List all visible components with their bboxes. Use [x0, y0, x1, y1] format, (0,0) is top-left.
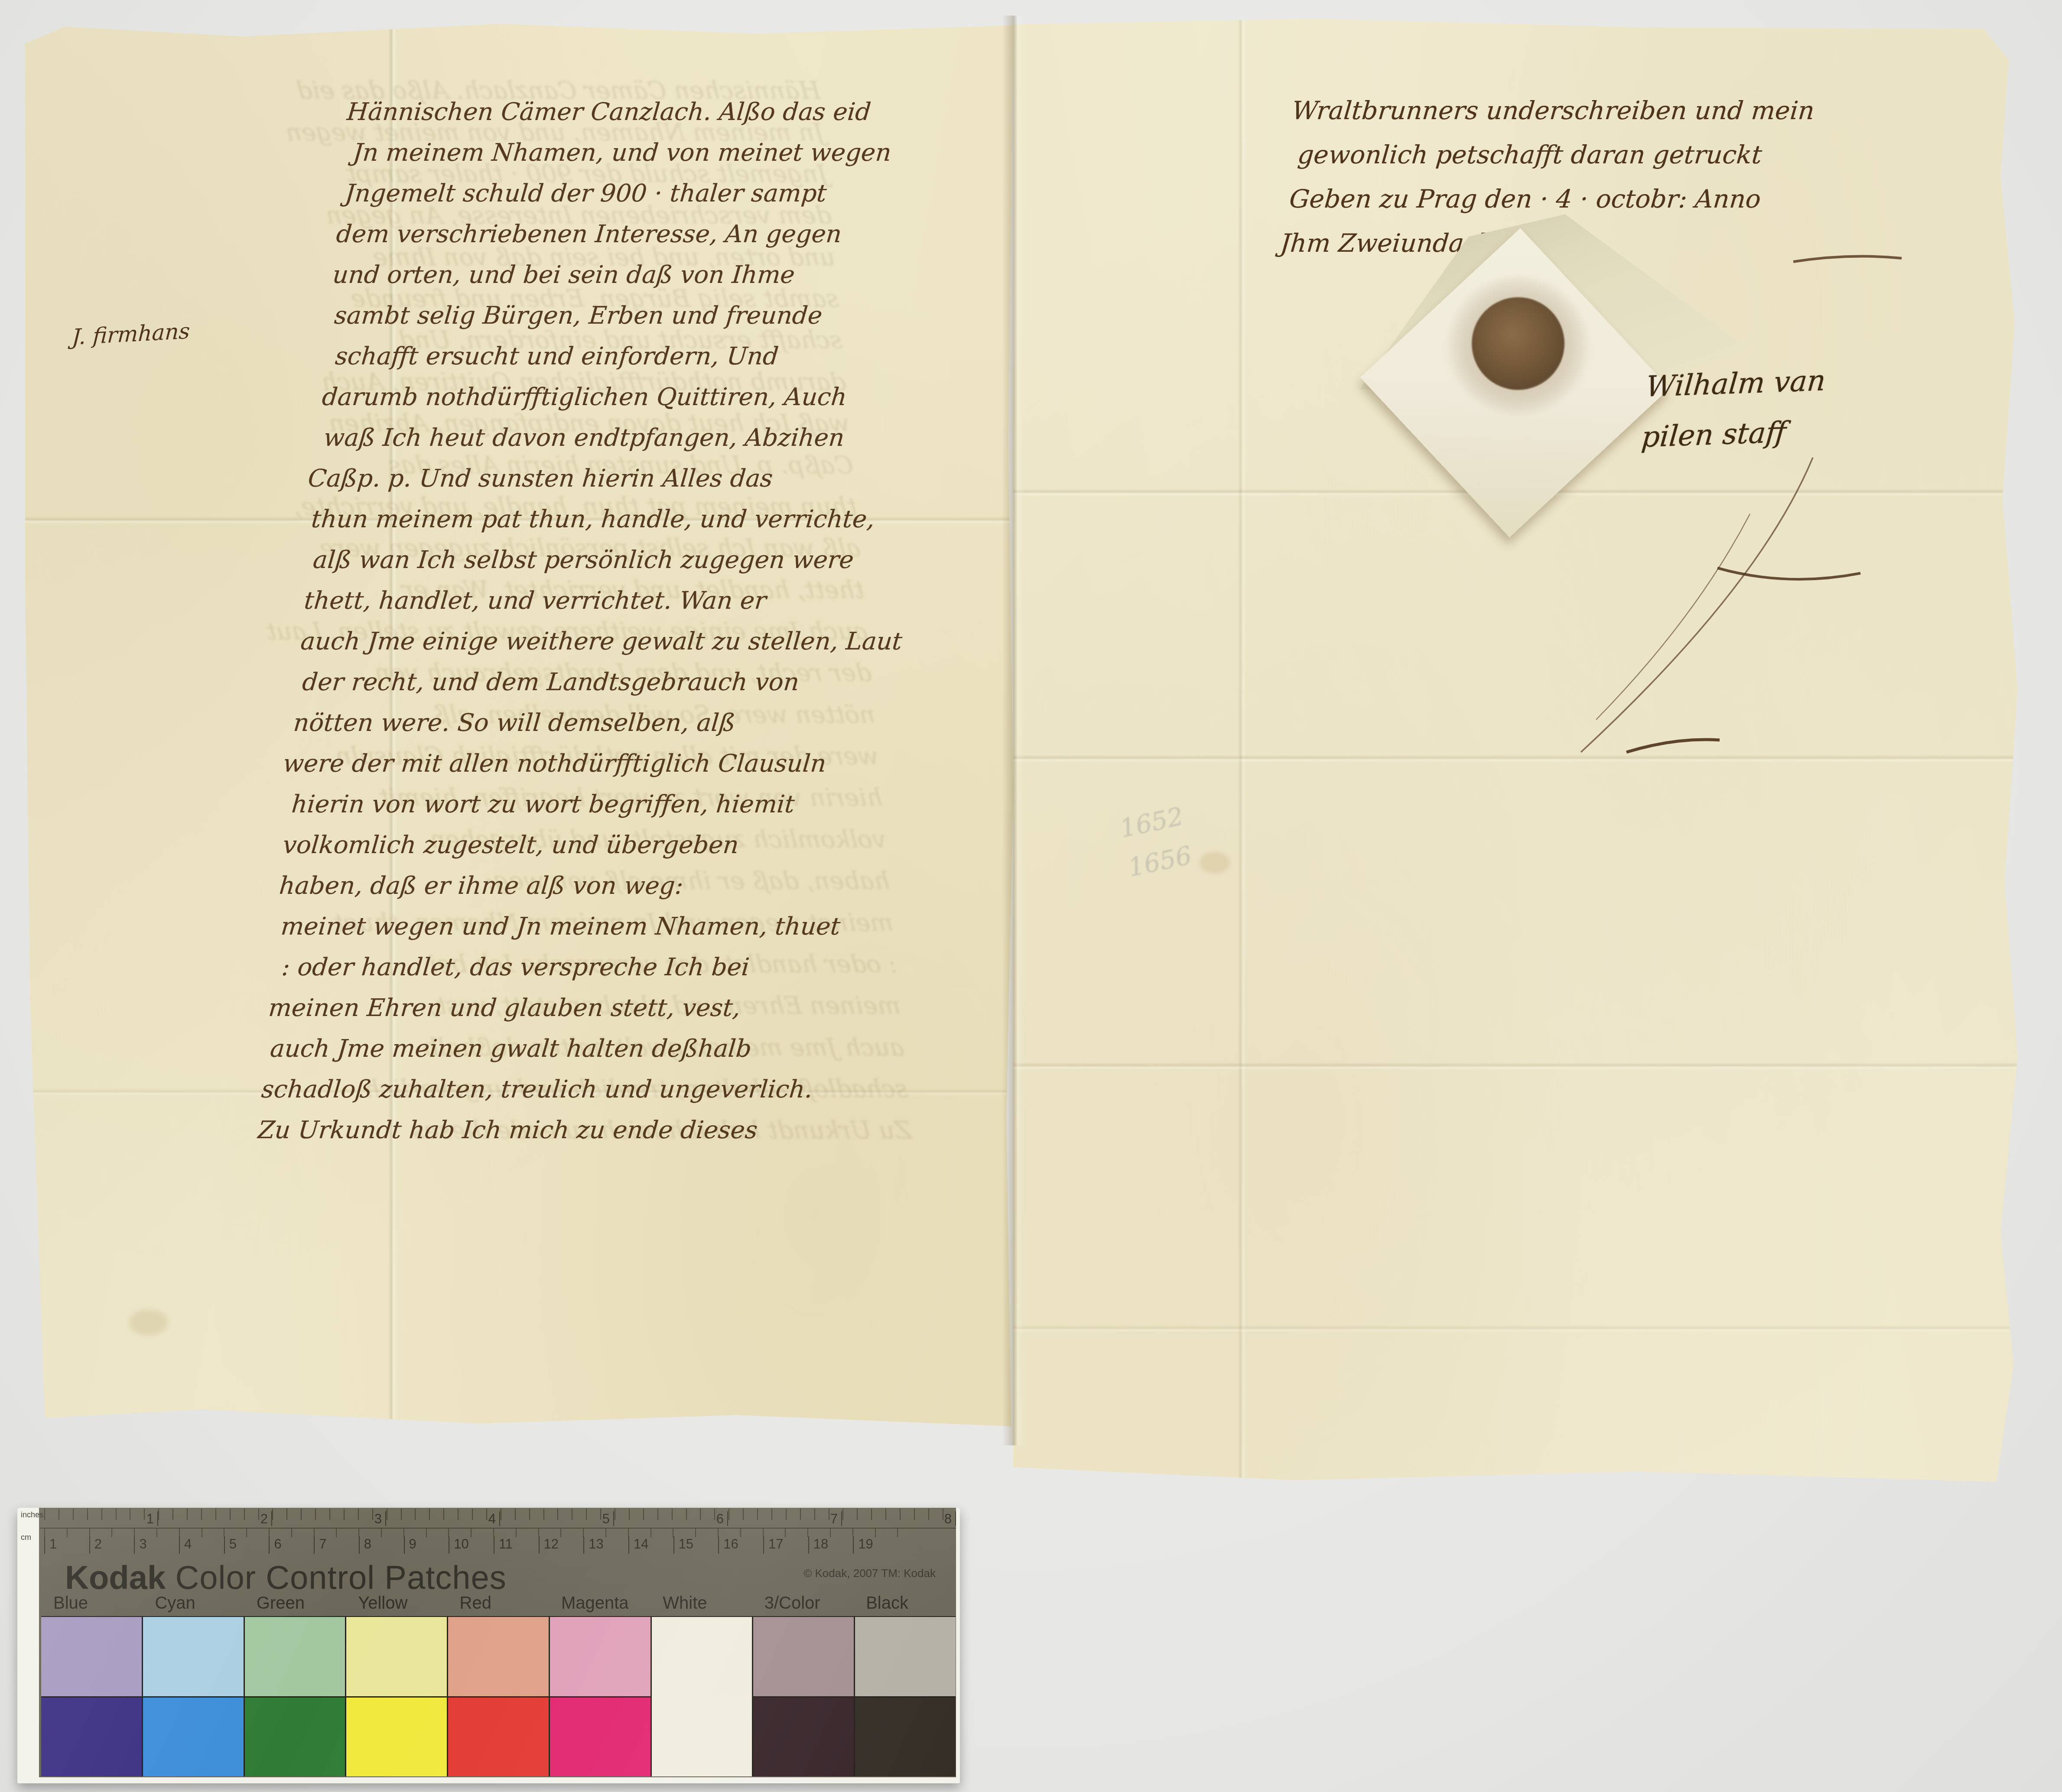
card-margin [17, 1777, 960, 1783]
color-patch-column [41, 1617, 143, 1776]
manuscript-line: und orten, und bei sein daß von Ihme [331, 255, 1045, 295]
card-margin [956, 1508, 960, 1783]
margin-note: J. firmhans [72, 318, 191, 350]
manuscript-line: sambt selig Bürgen, Erben und freunde [333, 295, 1042, 336]
fold-crease [1013, 755, 2019, 763]
signature-line: pilen staff [1639, 406, 1823, 463]
color-patch-column [753, 1617, 855, 1776]
color-patch-solid [550, 1698, 650, 1776]
ruler-inch-number: 5 [500, 1511, 614, 1526]
patch-label-row: BlueCyanGreenYellowRedMagentaWhite3/Colo… [41, 1594, 956, 1613]
ruler-cm-number: 16 [718, 1536, 763, 1554]
manuscript-line: schadloß zuhalten, treulich und ungeverl… [260, 1069, 974, 1110]
color-patch-tint [346, 1617, 447, 1698]
signature: Wilhalm vanpilen staff [1639, 355, 1828, 462]
closing-text-block: Wraltbrunners underschreiben und meingew… [1278, 88, 2022, 265]
patch-label: Green [244, 1594, 346, 1613]
patch-label: White [650, 1594, 752, 1613]
color-patch-column [550, 1617, 652, 1776]
manuscript-line: darumb nothdürfftiglichen Quittiren, Auc… [320, 377, 1034, 418]
ruler-cm-number: 2 [89, 1536, 134, 1554]
manuscript-line: Wraltbrunners underschreiben und mein [1290, 88, 2022, 133]
ruler-cm-unit: cm [21, 1533, 31, 1542]
ruler-inch-number: 6 [614, 1511, 728, 1526]
color-patch-tint [753, 1617, 854, 1698]
ruler-inch-number: 2 [158, 1511, 272, 1526]
patch-label: Cyan [143, 1594, 244, 1613]
manuscript-line: thett, handlet, und verrichtet. Wan er [302, 581, 1017, 621]
color-patch-solid [652, 1698, 752, 1776]
manuscript-line: gewonlich petschafft daran getruckt [1296, 133, 2018, 177]
ruler-inches-unit: inches [21, 1510, 43, 1519]
card-margin [17, 1508, 39, 1783]
manuscript-line: der recht, und dem Landtsgebrauch von [301, 662, 1010, 703]
manuscript-line: Caßp. p. Und sunsten hierin Alles das [306, 458, 1028, 499]
patch-grid [41, 1616, 956, 1776]
manuscript-line: meinen Ehren und glauben stett, vest, [267, 988, 981, 1029]
color-patch-solid [41, 1698, 142, 1776]
ruler-cm-number: 18 [808, 1536, 853, 1554]
ink-flourish [1717, 568, 1860, 579]
color-patch-column [143, 1617, 245, 1776]
ruler-inch-number: 1 [44, 1511, 158, 1526]
color-patch-solid [245, 1698, 345, 1776]
manuscript-line: Jngemelt schuld der 900 · thaler sampt [343, 173, 1052, 214]
patch-label: Blue [41, 1594, 143, 1613]
patch-label: 3/Color [752, 1594, 854, 1613]
pencil-archival-note: 16521656 [1116, 796, 1195, 888]
color-patch-column [245, 1617, 347, 1776]
ruler-cm-number: 11 [494, 1536, 539, 1554]
manuscript-line: dem verschriebenen Interesse, An gegen [335, 214, 1049, 255]
ruler-cm-number: 7 [314, 1536, 359, 1554]
color-patch-tint [550, 1617, 650, 1698]
manuscript-line: schafft ersucht und einfordern, Und [333, 336, 1038, 377]
manuscript-line: were der mit allen nothdürfftiglich Clau… [281, 743, 1002, 784]
manuscript-line: volkomlich zugestelt, und übergeben [281, 825, 995, 866]
manuscript-line: nötten were. So will demselben, alß [292, 703, 1006, 743]
manuscript-line: haben, daß er ihme alß von weg: [277, 866, 992, 906]
manuscript-line: Jn meinem Nhamen, und von meinet wegen [351, 133, 1056, 173]
color-patch-tint [143, 1617, 244, 1698]
ruler-inch-number: 4 [386, 1511, 500, 1526]
wax-seal [1472, 297, 1564, 390]
color-patch-solid [448, 1698, 549, 1776]
ruler-cm-number: 5 [224, 1536, 269, 1554]
ink-flourish [1596, 514, 1750, 720]
ruler-cm-number: 6 [269, 1536, 314, 1554]
ruler-cm-number: 15 [673, 1536, 719, 1554]
color-patch-column [346, 1617, 448, 1776]
patch-label: Magenta [549, 1594, 650, 1613]
color-patch-tint [855, 1617, 956, 1698]
color-patch-solid [346, 1698, 447, 1776]
color-patch-solid [753, 1698, 854, 1776]
ruler-inch-number: 8 [842, 1511, 956, 1526]
color-patch-tint [41, 1617, 142, 1698]
ruler-cm-number: 14 [628, 1536, 673, 1554]
manuscript-left-page: Hännischen Cämer Canzlach. Alßo das eidJ… [25, 18, 1013, 1426]
paper-stain [129, 1309, 168, 1335]
color-patch-column [652, 1617, 754, 1776]
card-title: Kodak Color Control Patches [65, 1559, 507, 1597]
ruler-cm-number: 3 [134, 1536, 179, 1554]
kodak-color-control-patches: inches 12345678 cm 123456789101112131415… [17, 1508, 960, 1783]
ruler-inch-number: 7 [728, 1511, 842, 1526]
manuscript-line: auch Jme meinen gwalt halten deßhalb [269, 1029, 978, 1069]
fold-crease [1238, 16, 1246, 1482]
ruler-cm-number: 9 [404, 1536, 449, 1554]
fold-crease [1013, 1062, 2019, 1070]
color-patch-solid [855, 1698, 956, 1776]
manuscript-line: waß Ich heut davon endtpfangen, Abzihen [322, 418, 1031, 458]
ink-flourish [1581, 458, 1813, 752]
manuscript-line: : oder handlet, das verspreche Ich bei [280, 947, 985, 988]
card-copyright: © Kodak, 2007 TM: Kodak [803, 1567, 936, 1580]
manuscript-line: auch Jme einige weithere gewalt zu stell… [299, 621, 1013, 662]
ruler-cm-number: 13 [583, 1536, 628, 1554]
ruler-cm-number: 12 [539, 1536, 584, 1554]
manuscript-line: hierin von wort zu wort begriffen, hiemi… [290, 784, 999, 825]
ink-flourish [1626, 740, 1720, 752]
color-patch-solid [143, 1698, 244, 1776]
patch-label: Black [854, 1594, 955, 1613]
ruler-cm-number: 1 [44, 1536, 89, 1554]
manuscript-line: alß wan Ich selbst persönlich zugegen we… [311, 540, 1020, 581]
color-patch-tint [652, 1617, 752, 1698]
kodak-logo: Kodak [65, 1559, 166, 1596]
manuscript-text-block: Hännischen Cämer Canzlach. Alßo das eidJ… [256, 92, 1060, 1151]
ruler-cm-number: 17 [763, 1536, 808, 1554]
manuscript-right-page: Wraltbrunners underschreiben und meingew… [1013, 16, 2019, 1482]
manuscript-line: meinet wegen und Jn meinem Nhamen, thuet [279, 906, 988, 947]
manuscript-line: thun meinem pat thun, handle, und verric… [309, 499, 1024, 540]
patch-label: Yellow [346, 1594, 447, 1613]
color-patch-tint [245, 1617, 345, 1698]
ruler-cm-number: 10 [449, 1536, 494, 1554]
signature-line: Wilhalm van [1644, 355, 1828, 412]
card-title-rest: Color Control Patches [166, 1559, 507, 1596]
manuscript-line: Jhm Zweiundachzigisten [1278, 221, 2010, 265]
ruler-cm-number: 4 [179, 1536, 224, 1554]
manuscript-line: Geben zu Prag den · 4 · octobr: Anno [1288, 177, 2014, 221]
manuscript-line: Hännischen Cämer Canzlach. Alßo das eid [345, 92, 1060, 133]
color-patch-tint [448, 1617, 549, 1698]
patch-label: Red [448, 1594, 549, 1613]
manuscript-line: Zu Urkundt hab Ich mich zu ende dieses [256, 1110, 970, 1151]
ruler-inch-number: 3 [272, 1511, 386, 1526]
color-patch-column [855, 1617, 956, 1776]
ruler-cm-ticks [44, 1529, 915, 1537]
ruler-cm-scale: 12345678910111213141516171819 [44, 1536, 898, 1554]
ruler-cm-number: 19 [853, 1536, 898, 1554]
ruler-inches-scale: 12345678 [44, 1511, 956, 1526]
paper-stain [1200, 852, 1230, 873]
color-patch-column [448, 1617, 550, 1776]
fold-crease [1013, 1325, 2019, 1333]
ruler-cm-number: 8 [359, 1536, 404, 1554]
